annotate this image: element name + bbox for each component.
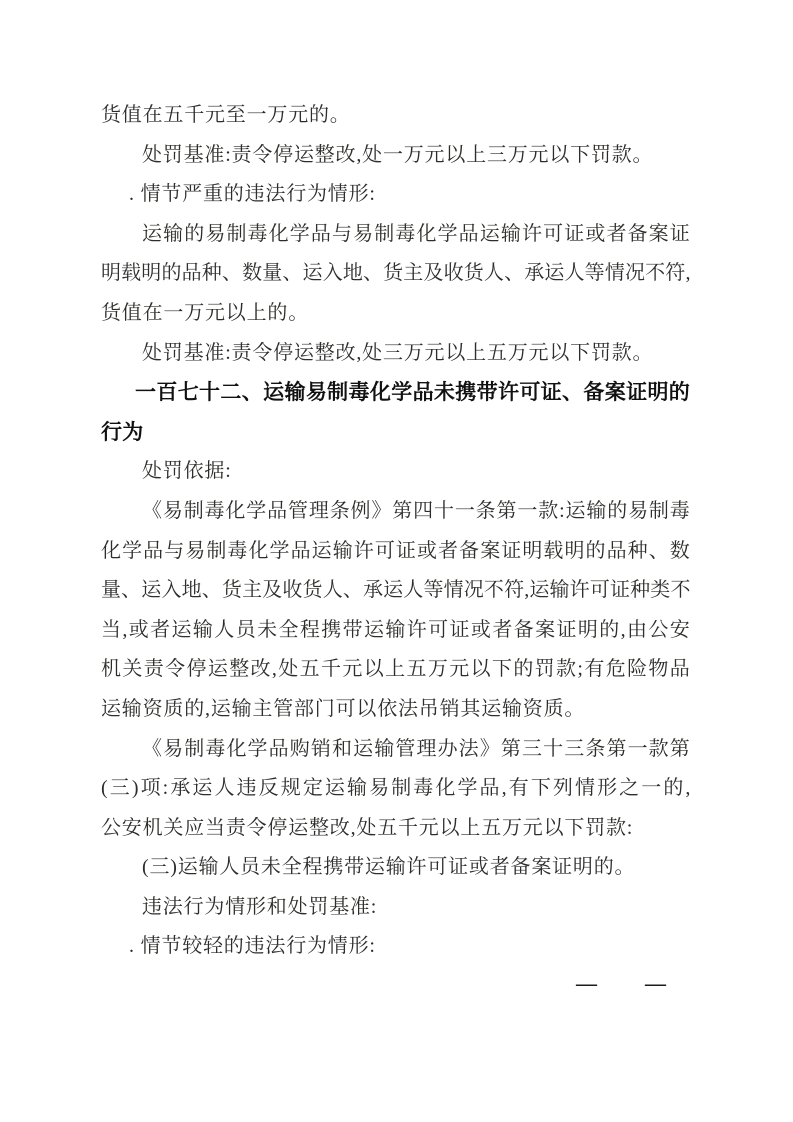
body-text-line: 《易制毒化学品管理条例》第四十一条第一款:运输的易制毒	[101, 492, 690, 532]
body-text-line: 《易制毒化学品购销和运输管理办法》第三十三条第一款第	[101, 730, 690, 770]
section-heading-line: 一百七十二、运输易制毒化学品未携带许可证、备案证明的	[101, 373, 690, 413]
body-text-line: 处罚基准:责令停运整改,处一万元以上三万元以下罚款。	[101, 136, 690, 176]
body-text-line: . 情节严重的违法行为情形:	[101, 175, 690, 215]
body-text-line: . 情节较轻的违法行为情形:	[101, 927, 690, 967]
body-text-line: 当,或者运输人员未全程携带运输许可证或者备案证明的,由公安	[101, 611, 690, 651]
body-text-line: 化学品与易制毒化学品运输许可证或者备案证明载明的品种、数	[101, 532, 690, 572]
body-text-line: 违法行为情形和处罚基准:	[101, 888, 690, 928]
body-text-line: 货值在一万元以上的。	[101, 294, 690, 334]
body-text-line: 运输资质的,运输主管部门可以依法吊销其运输资质。	[101, 690, 690, 730]
body-text-line: 公安机关应当责令停运整改,处五千元以上五万元以下罚款:	[101, 809, 690, 849]
section-heading-line: 行为	[101, 413, 690, 453]
body-text-line: 处罚基准:责令停运整改,处三万元以上五万元以下罚款。	[101, 334, 690, 374]
footer-dash-right: —	[645, 969, 666, 997]
body-text-line: 处罚依据:	[101, 452, 690, 492]
document-body: 货值在五千元至一万元的。处罚基准:责令停运整改,处一万元以上三万元以下罚款。. …	[101, 96, 690, 967]
footer-dash-left: —	[576, 969, 597, 997]
body-text-line: (三)项:承运人违反规定运输易制毒化学品,有下列情形之一的,	[101, 769, 690, 809]
body-text-line: 量、运入地、货主及收货人、承运人等情况不符,运输许可证种类不	[101, 571, 690, 611]
body-text-line: 机关责令停运整改,处五千元以上五万元以下的罚款;有危险物品	[101, 650, 690, 690]
body-text-line: 货值在五千元至一万元的。	[101, 96, 690, 136]
page-footer: — —	[576, 969, 666, 997]
body-text-line: 运输的易制毒化学品与易制毒化学品运输许可证或者备案证	[101, 215, 690, 255]
body-text-line: 明载明的品种、数量、运入地、货主及收货人、承运人等情况不符,	[101, 254, 690, 294]
document-page: 货值在五千元至一万元的。处罚基准:责令停运整改,处一万元以上三万元以下罚款。. …	[0, 0, 793, 1122]
body-text-line: (三)运输人员未全程携带运输许可证或者备案证明的。	[101, 848, 690, 888]
